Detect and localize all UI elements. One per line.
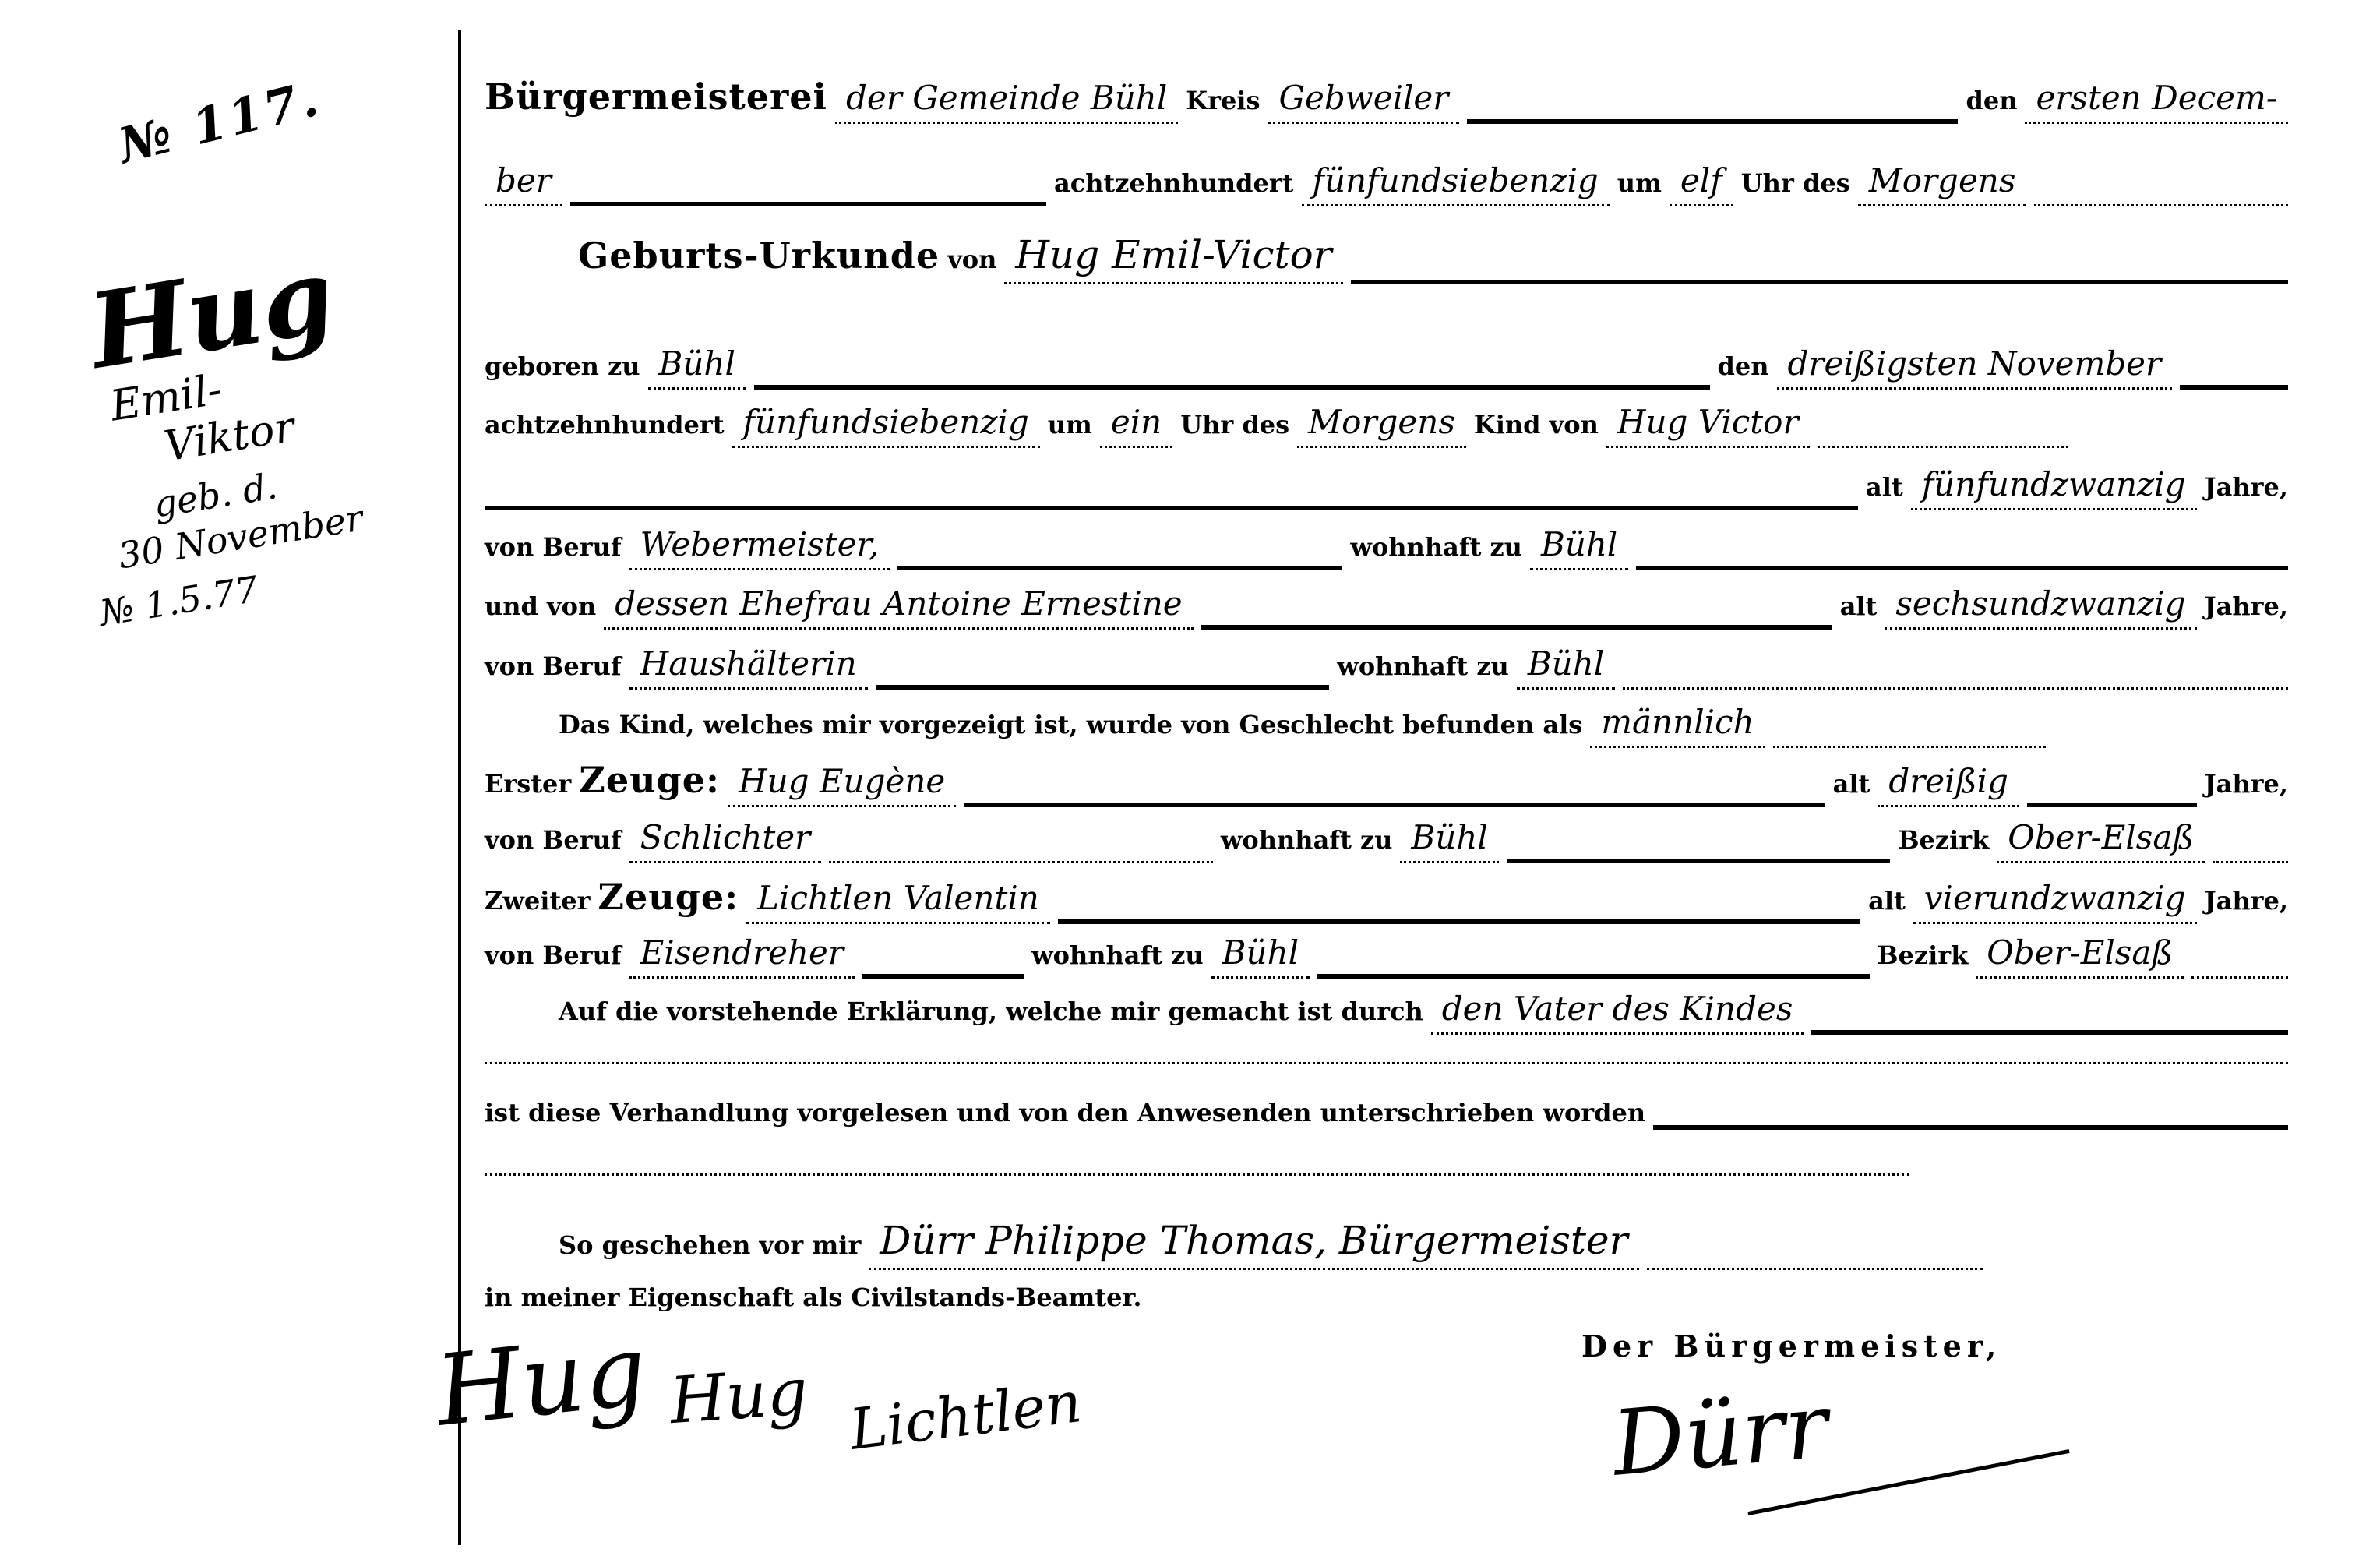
witness2-name-value: Lichtlen Valentin (746, 877, 1050, 924)
uhr-des-label: Uhr des (1741, 168, 1850, 200)
rule (1623, 681, 2288, 690)
rule (897, 559, 1342, 570)
birth-year-value: fünfundsiebenzig (732, 401, 1040, 448)
child-statement-text: Das Kind, welches mir vorgezeigt ist, wu… (559, 709, 1582, 742)
official-name-value: Dürr Philippe Thomas, Bürgermeister (869, 1215, 1638, 1270)
rule (829, 855, 1213, 863)
erster-label: Erster (485, 768, 571, 801)
rule (1507, 852, 1891, 863)
mother-residence-value: Bühl (1517, 643, 1615, 690)
alt-label: alt (1866, 471, 1903, 504)
record-daytime-value: Morgens (1858, 160, 2027, 206)
declaration-text: Auf die vorstehende Erklärung, welche mi… (559, 996, 1423, 1028)
rule (2191, 970, 2288, 979)
row-empty-rule-2 (485, 1167, 1909, 1176)
rule (1811, 1024, 2288, 1035)
rule (1818, 439, 2068, 448)
mother-age-value: sechsundzwanzig (1885, 583, 2196, 630)
zeuge-label: Zeuge: (579, 757, 720, 804)
achtzehnhundert-label: achtzehnhundert (485, 409, 725, 442)
alt-label: alt (1840, 591, 1878, 623)
rule (876, 679, 1330, 690)
bezirk-label: Bezirk (1898, 824, 1989, 857)
birthdate-value: dreißigsten November (1777, 343, 2173, 390)
record-hour-value: elf (1670, 160, 1733, 206)
signature-witness1: Hug (668, 1355, 810, 1438)
witness1-residence-value: Bühl (1400, 817, 1498, 863)
row-so-geschehen: So geschehen vor mir Dürr Philippe Thoma… (485, 1215, 2288, 1270)
rule (1201, 619, 1832, 630)
child-name-value: Hug Emil-Victor (1004, 230, 1342, 284)
father-occupation-value: Webermeister, (629, 524, 890, 570)
rule (1647, 1261, 1983, 1270)
wohnhaft-zu-label: wohnhaft zu (1337, 651, 1509, 683)
birth-certificate-document: № 117. Hug Emil- Viktor geb. d. 30 Novem… (0, 0, 2380, 1563)
row-office: Bürgermeisterei der Gemeinde Bühl Kreis … (485, 74, 2288, 124)
margin-divider-rule (458, 30, 461, 1545)
document-title: Geburts-Urkunde (578, 233, 940, 280)
rule (1351, 273, 2288, 284)
wohnhaft-zu-label: wohnhaft zu (1031, 940, 1204, 972)
father-residence-value: Bühl (1530, 524, 1628, 570)
mother-occupation-value: Haushälterin (629, 643, 868, 690)
um-label: um (1617, 168, 1662, 200)
witness2-occupation-value: Eisendreher (629, 932, 855, 979)
witness2-age-value: vierundzwanzig (1913, 877, 2197, 924)
father-name-value: Hug Victor (1606, 401, 1810, 448)
row-child-statement: Das Kind, welches mir vorgezeigt ist, wu… (485, 701, 2288, 748)
child-gender-value: männlich (1590, 701, 1765, 748)
office-label: Bürgermeisterei (485, 74, 827, 121)
birth-daytime-value: Morgens (1297, 401, 1466, 448)
rule (1653, 1119, 2288, 1130)
row-mother: und von dessen Ehefrau Antoine Ernestine… (485, 583, 2288, 630)
read-text: ist diese Verhandlung vorgelesen und von… (485, 1097, 1645, 1130)
row-witness2-details: von Beruf Eisendreher wohnhaft zu Bühl B… (485, 932, 2288, 979)
rule (570, 196, 1046, 206)
rule (1773, 739, 2047, 748)
von-beruf-label: von Beruf (485, 531, 622, 564)
declared-by-value: den Vater des Kindes (1431, 988, 1804, 1035)
row-father-occupation: von Beruf Webermeister, wohnhaft zu Bühl (485, 524, 2288, 570)
rule (2027, 796, 2197, 807)
den-label: den (1718, 351, 1769, 383)
um-label: um (1048, 409, 1092, 442)
kind-von-label: Kind von (1474, 409, 1599, 442)
birthplace-value: Bühl (648, 343, 746, 390)
signature-mayor: Dürr (1609, 1374, 1832, 1497)
rule (964, 796, 1825, 807)
office-value: der Gemeinde Bühl (835, 77, 1178, 124)
den-label: den (1966, 85, 2017, 118)
rule (485, 499, 1858, 510)
rule (485, 1056, 2288, 1064)
record-date-value: ersten Decem- (2025, 77, 2288, 124)
row-birthplace: geboren zu Bühl den dreißigsten November (485, 343, 2288, 390)
jahre-label: Jahre, (2205, 591, 2289, 623)
von-label: von (947, 244, 996, 277)
row-father-age: alt fünfundzwanzig Jahre, (485, 464, 2288, 510)
witness1-district-value: Ober-Elsaß (1997, 817, 2205, 863)
row-witness1-details: von Beruf Schlichter wohnhaft zu Bühl Be… (485, 817, 2288, 863)
so-geschehen-label: So geschehen vor mir (559, 1230, 861, 1262)
kreis-value: Gebweiler (1268, 77, 1459, 124)
row-office-2: ber achtzehnhundert fünfundsiebenzig um … (485, 160, 2288, 206)
zeuge-label: Zeuge: (598, 874, 739, 921)
row-title: Geburts-Urkunde von Hug Emil-Victor (485, 230, 2288, 284)
father-age-value: fünfundzwanzig (1911, 464, 2197, 510)
row-empty-rule (485, 1056, 2288, 1064)
capacity-text: in meiner Eigenschaft als Civilstands-Be… (485, 1282, 1142, 1314)
row-witness2: Zweiter Zeuge: Lichtlen Valentin alt vie… (485, 874, 2288, 924)
row-read-aloud: ist diese Verhandlung vorgelesen und von… (485, 1097, 2288, 1130)
von-beruf-label: von Beruf (485, 940, 622, 972)
row-mother-occupation: von Beruf Haushälterin wohnhaft zu Bühl (485, 643, 2288, 690)
jahre-label: Jahre, (2205, 471, 2289, 504)
signature-father: Hug (431, 1314, 651, 1448)
rule (1317, 968, 1869, 979)
rule (754, 379, 1710, 390)
jahre-label: Jahre, (2205, 885, 2289, 918)
rule (862, 968, 1024, 979)
kreis-label: Kreis (1186, 85, 1260, 118)
record-year-value: fünfundsiebenzig (1302, 160, 1610, 206)
bezirk-label: Bezirk (1878, 940, 1969, 972)
wohnhaft-zu-label: wohnhaft zu (1350, 531, 1522, 564)
witness2-district-value: Ober-Elsaß (1976, 932, 2184, 979)
rule (1636, 559, 2288, 570)
mother-description-value: dessen Ehefrau Antoine Ernestine (604, 583, 1193, 630)
rule (2213, 855, 2288, 863)
witness1-occupation-value: Schlichter (629, 817, 822, 863)
alt-label: alt (1868, 885, 1906, 918)
margin-record-number: № 117. (113, 69, 326, 175)
wohnhaft-zu-label: wohnhaft zu (1221, 824, 1393, 857)
achtzehnhundert-label: achtzehnhundert (1054, 168, 1294, 200)
row-declaration: Auf die vorstehende Erklärung, welche mi… (485, 988, 2288, 1035)
record-date-continuation: ber (485, 160, 562, 206)
birth-hour-value: ein (1100, 401, 1172, 448)
jahre-label: Jahre, (2205, 768, 2289, 801)
zweiter-label: Zweiter (485, 885, 590, 918)
alt-label: alt (1833, 768, 1871, 801)
und-von-label: und von (485, 591, 596, 623)
mayor-title: Der Bürgermeister, (1581, 1328, 2001, 1364)
von-beruf-label: von Beruf (485, 651, 622, 683)
geboren-zu-label: geboren zu (485, 351, 640, 383)
rule (2180, 379, 2288, 390)
rule (1467, 113, 1958, 124)
witness1-age-value: dreißig (1878, 760, 2019, 807)
row-birthtime: achtzehnhundert fünfundsiebenzig um ein … (485, 401, 2288, 448)
margin-annotations: Hug Emil- Viktor geb. d. 30 November № 1… (45, 230, 470, 637)
row-witness1: Erster Zeuge: Hug Eugène alt dreißig Jah… (485, 757, 2288, 807)
row-capacity: in meiner Eigenschaft als Civilstands-Be… (485, 1282, 2288, 1314)
rule (485, 1167, 1909, 1176)
rule (2034, 198, 2288, 206)
witness1-name-value: Hug Eugène (728, 760, 956, 807)
witness2-residence-value: Bühl (1211, 932, 1310, 979)
uhr-des-label: Uhr des (1180, 409, 1289, 442)
rule (1058, 913, 1860, 924)
form-body: Bürgermeisterei der Gemeinde Bühl Kreis … (485, 0, 2288, 1563)
von-beruf-label: von Beruf (485, 824, 622, 857)
